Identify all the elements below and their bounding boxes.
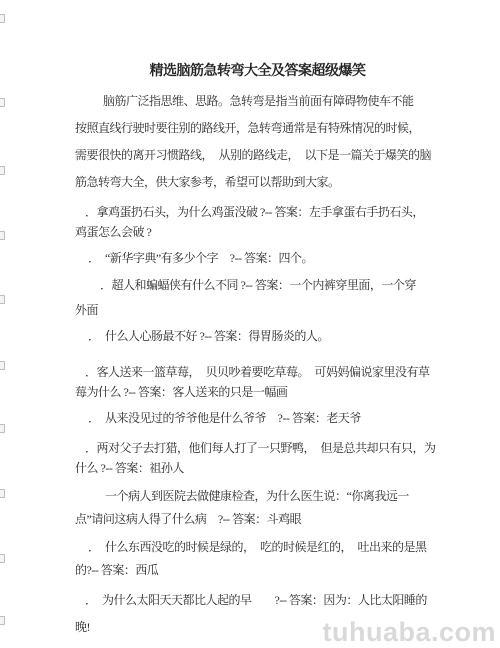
page-icon	[0, 489, 5, 498]
qa-line: ．拿鸡蛋扔石头，为什么鸡蛋没破 ?-- 答案：左手拿蛋右手扔石头，	[75, 202, 440, 222]
page-title: 精选脑筋急转弯大全及答案超级爆笑	[75, 0, 440, 80]
page-icon	[0, 166, 5, 175]
qa-list: ．拿鸡蛋扔石头，为什么鸡蛋没破 ?-- 答案：左手拿蛋右手扔石头， 鸡蛋怎么会破…	[75, 202, 440, 637]
page-icon	[0, 554, 5, 563]
qa-line: 一个病人到医院去做健康检查，为什么医生说：“你离我远一	[75, 486, 440, 506]
watermark: tuhuaba.com	[322, 619, 496, 646]
qa-line: ． “新华字典”有多少个字 ?-- 答案：四个。	[75, 248, 440, 268]
qa-line: 什么 ?-- 答案：祖孙人	[75, 458, 440, 478]
qa-line: 外面	[75, 300, 440, 320]
intro-line: 筋急转弯大全，供大家参考，希望可以帮助到大家。	[75, 169, 440, 196]
qa-line: ．客人送来一篮草莓， 贝贝吵着要吃草莓。 可妈妈偏说家里没有草	[75, 362, 440, 382]
qa-line: ． 为什么太阳天天都比人起的早 ?-- 答案：因为：人比太阳睡的	[75, 590, 440, 610]
qa-line: ． 从来没见过的爷爷他是什么爷爷 ?-- 答案：老天爷	[75, 408, 440, 428]
intro-line: 按照直线行驶时要往别的路线开，急转弯通常是有特殊情况的时候，	[75, 115, 440, 142]
document-page: 精选脑筋急转弯大全及答案超级爆笑 脑筋广泛指思维、思路。急转弯是指当前面有障碍物…	[0, 0, 500, 648]
page-icon	[0, 361, 5, 370]
qa-line: ． 什么东西没吃的时候是绿的， 吃的时候是红的， 吐出来的是黑	[75, 537, 440, 557]
page-icon	[0, 231, 5, 240]
qa-line: 鸡蛋怎么会破 ?	[75, 222, 440, 242]
qa-line: 莓为什么 ?-- 答案：客人送来的只是一幅画	[75, 382, 440, 402]
page-icon	[0, 295, 5, 304]
page-icon	[0, 98, 5, 107]
qa-line: ．超人和蝙蝠侠有什么不同 ?-- 答案：一个内裤穿里面，一个穿	[75, 275, 440, 295]
page-icon	[0, 616, 5, 625]
page-icon	[0, 14, 5, 23]
intro-paragraph: 脑筋广泛指思维、思路。急转弯是指当前面有障碍物使车不能 按照直线行驶时要往别的路…	[75, 88, 440, 196]
page-icon	[0, 424, 5, 433]
qa-line: 的?-- 答案：西瓜	[75, 560, 440, 580]
qa-line: ．两对父子去打猎，他们每人打了一只野鸭， 但是总共却只有只，为	[75, 438, 440, 458]
qa-line: ． 什么人心肠最不好 ?-- 答案：得胃肠炎的人。	[75, 326, 440, 346]
intro-line: 需要很快的离开习惯路线， 从别的路线走， 以下是一篇关于爆笑的脑	[75, 142, 440, 169]
qa-line: 点”请问这病人得了什么病 ?-- 答案：斗鸡眼	[75, 509, 440, 529]
intro-line: 脑筋广泛指思维、思路。急转弯是指当前面有障碍物使车不能	[75, 88, 440, 115]
document-content: 精选脑筋急转弯大全及答案超级爆笑 脑筋广泛指思维、思路。急转弯是指当前面有障碍物…	[0, 0, 500, 637]
